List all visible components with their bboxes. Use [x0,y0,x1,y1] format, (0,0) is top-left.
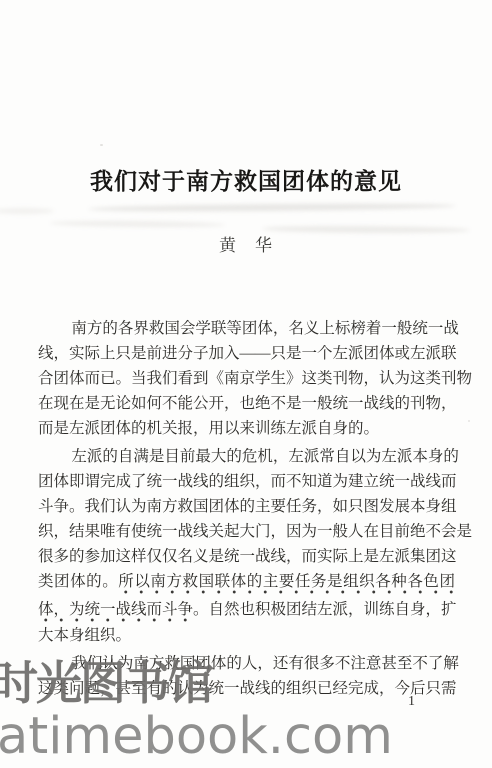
paragraph: 南方的各界救国会学联等团体，名义上标榜着一般统一战线，实际上只是前进分子加入——… [38,316,455,441]
scan-smudge [50,220,225,228]
text-line: 左派的自满是目前最大的危机，左派常自以为左派本身的 [38,444,455,469]
text-line: 织，结果唯有使统一战线关起大门，因为一般人在目前绝不会是 [38,519,455,544]
text-segment: 南方的各界救国会学联等团体，名义上标榜着一般统一战 [71,320,459,337]
text-segment: 左派的自满是目前最大的危机，左派常自以为左派本身的 [71,448,459,465]
scan-speck [468,420,470,422]
text-segment: 斗争。我们认为南方救国团体的主要任务，如只图发展本身组 [38,498,457,515]
text-segment: 而是左派团体的机关报，用以来训练左派自身的。 [38,420,379,437]
text-line: 很多的参加这样仅仅名义是统一战线，而实际上是左派集团这 [38,544,455,569]
watermark-chinese: 时光图书馆 [0,660,212,706]
article-title: 我们对于南方救国团体的意见 [0,163,492,196]
text-segment: 类团体的。 [38,573,118,590]
paragraph: 左派的自满是目前最大的危机，左派常自以为左派本身的团体即谓完成了统一战线的组织，… [38,444,455,648]
scan-smudge [0,208,54,214]
text-segment: 团体即谓完成了统一战线的组织，而不知道为建立统一战线而 [38,473,457,490]
text-line: 团体即谓完成了统一战线的组织，而不知道为建立统一战线而 [38,469,455,494]
text-line: 大本身组织。 [38,623,455,648]
emphasized-text: 所以南方救国联体的主要任务是组织各种各色团 [118,573,455,594]
article-body: 南方的各界救国会学联等团体，名义上标榜着一般统一战线，实际上只是前进分子加入——… [38,316,455,701]
text-segment: 。自然也积极团结左派，训练自身，扩 [193,601,457,618]
text-segment: 线，实际上只是前进分子加入——只是一个左派团体或左派联 [38,345,457,362]
text-line: 在现在是无论如何不能公开，也绝不是一般统一战线的刊物， [38,391,455,416]
text-line: 体，为统一战线而斗争。自然也积极团结左派，训练自身，扩 [38,597,455,622]
text-segment: 大本身组织。 [38,627,131,644]
text-line: 而是左派团体的机关报，用以来训练左派自身的。 [38,416,455,441]
book-page: 我们对于南方救国团体的意见 黄 华 南方的各界救国会学联等团体，名义上标榜着一般… [0,0,492,768]
text-line: 南方的各界救国会学联等团体，名义上标榜着一般统一战 [38,316,455,341]
author-name: 黄 华 [0,231,492,256]
text-segment: 在现在是无论如何不能公开，也绝不是一般统一战线的刊物， [38,395,457,412]
text-segment: 很多的参加这样仅仅名义是统一战线，而实际上是左派集团这 [38,548,457,565]
text-segment: 织，结果唯有使统一战线关起大门，因为一般人在目前绝不会是 [38,523,472,540]
emphasized-text: 体，为统一战线而斗争 [38,601,193,622]
scan-smudge [88,202,456,212]
text-segment: 合团体而已。当我们看到《南京学生》这类刊物，认为这类刊物 [38,370,472,387]
text-line: 类团体的。所以南方救国联体的主要任务是组织各种各色团 [38,569,455,594]
text-line: 斗争。我们认为南方救国团体的主要任务，如只图发展本身组 [38,494,455,519]
text-line: 线，实际上只是前进分子加入——只是一个左派团体或左派联 [38,341,455,366]
page-number: 1 [408,694,415,710]
scan-speck [100,144,103,146]
watermark-url: atimebook.com [0,711,393,762]
text-line: 合团体而已。当我们看到《南京学生》这类刊物，认为这类刊物 [38,366,455,391]
